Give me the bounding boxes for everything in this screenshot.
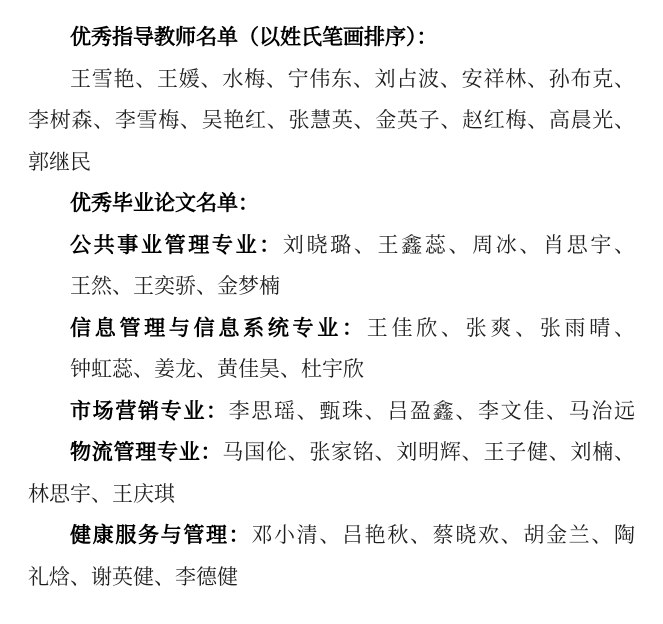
- teacher-names-line-1: 王雪艳、王媛、水梅、宁伟东、刘占波、安祥林、孙布克、: [70, 59, 635, 101]
- thesis-list-heading: 优秀毕业论文名单：: [70, 183, 635, 225]
- health-services-line-1: 健康服务与管理：邓小清、吕艳秋、蔡晓欢、胡金兰、陶: [70, 515, 635, 557]
- logistics-line-2: 林思宇、王庆琪: [28, 474, 635, 516]
- teacher-names-line-2-names: 李树森、李雪梅、吴艳红、张慧英、金英子、赵红梅、高晨光、: [28, 108, 635, 132]
- logistics-line-1-names: 马国伦、张家铭、刘明辉、王子健、刘楠、: [222, 440, 635, 464]
- public-administration-line-1-label: 公共事业管理专业：: [70, 233, 283, 257]
- information-management-line-1-label: 信息管理与信息系统专业：: [70, 316, 367, 340]
- marketing-line-label: 市场营销专业：: [70, 399, 229, 423]
- information-management-line-2: 钟虹蕊、姜龙、黄佳昊、杜宇欣: [70, 349, 635, 391]
- thesis-list-heading-label: 优秀毕业论文名单：: [70, 191, 259, 215]
- logistics-line-1: 物流管理专业：马国伦、张家铭、刘明辉、王子健、刘楠、: [70, 432, 635, 474]
- document-page: 优秀指导教师名单（以姓氏笔画排序）：王雪艳、王媛、水梅、宁伟东、刘占波、安祥林、…: [0, 0, 663, 624]
- teacher-names-line-3-names: 郭继民: [28, 150, 91, 174]
- public-administration-line-2-names: 王然、王奕骄、金梦楠: [70, 274, 280, 298]
- information-management-line-2-names: 钟虹蕊、姜龙、黄佳昊、杜宇欣: [70, 357, 364, 381]
- public-administration-line-1: 公共事业管理专业：刘晓璐、王鑫蕊、周冰、肖思宇、: [70, 225, 635, 267]
- logistics-line-2-names: 林思宇、王庆琪: [28, 482, 175, 506]
- information-management-line-1-names: 王佳欣、张爽、张雨晴、: [367, 316, 635, 340]
- teacher-list-heading-label: 优秀指导教师名单（以姓氏笔画排序）：: [70, 25, 438, 49]
- document-lines: 优秀指导教师名单（以姓氏笔画排序）：王雪艳、王媛、水梅、宁伟东、刘占波、安祥林、…: [0, 0, 663, 598]
- teacher-names-line-1-names: 王雪艳、王媛、水梅、宁伟东、刘占波、安祥林、孙布克、: [70, 67, 635, 91]
- health-services-line-2-names: 礼焓、谢英健、李德健: [28, 565, 238, 589]
- teacher-names-line-3: 郭继民: [28, 142, 635, 184]
- marketing-line: 市场营销专业：李思瑶、甄珠、吕盈鑫、李文佳、马治远: [70, 391, 635, 433]
- information-management-line-1: 信息管理与信息系统专业：王佳欣、张爽、张雨晴、: [70, 308, 635, 350]
- logistics-line-1-label: 物流管理专业：: [70, 440, 222, 464]
- public-administration-line-1-names: 刘晓璐、王鑫蕊、周冰、肖思宇、: [283, 233, 635, 257]
- health-services-line-1-label: 健康服务与管理：: [70, 523, 251, 547]
- health-services-line-1-names: 邓小清、吕艳秋、蔡晓欢、胡金兰、陶: [251, 523, 635, 547]
- teacher-names-line-2: 李树森、李雪梅、吴艳红、张慧英、金英子、赵红梅、高晨光、: [28, 100, 635, 142]
- teacher-list-heading: 优秀指导教师名单（以姓氏笔画排序）：: [70, 17, 635, 59]
- health-services-line-2: 礼焓、谢英健、李德健: [28, 557, 635, 599]
- marketing-line-names: 李思瑶、甄珠、吕盈鑫、李文佳、马治远: [229, 399, 635, 423]
- public-administration-line-2: 王然、王奕骄、金梦楠: [70, 266, 635, 308]
